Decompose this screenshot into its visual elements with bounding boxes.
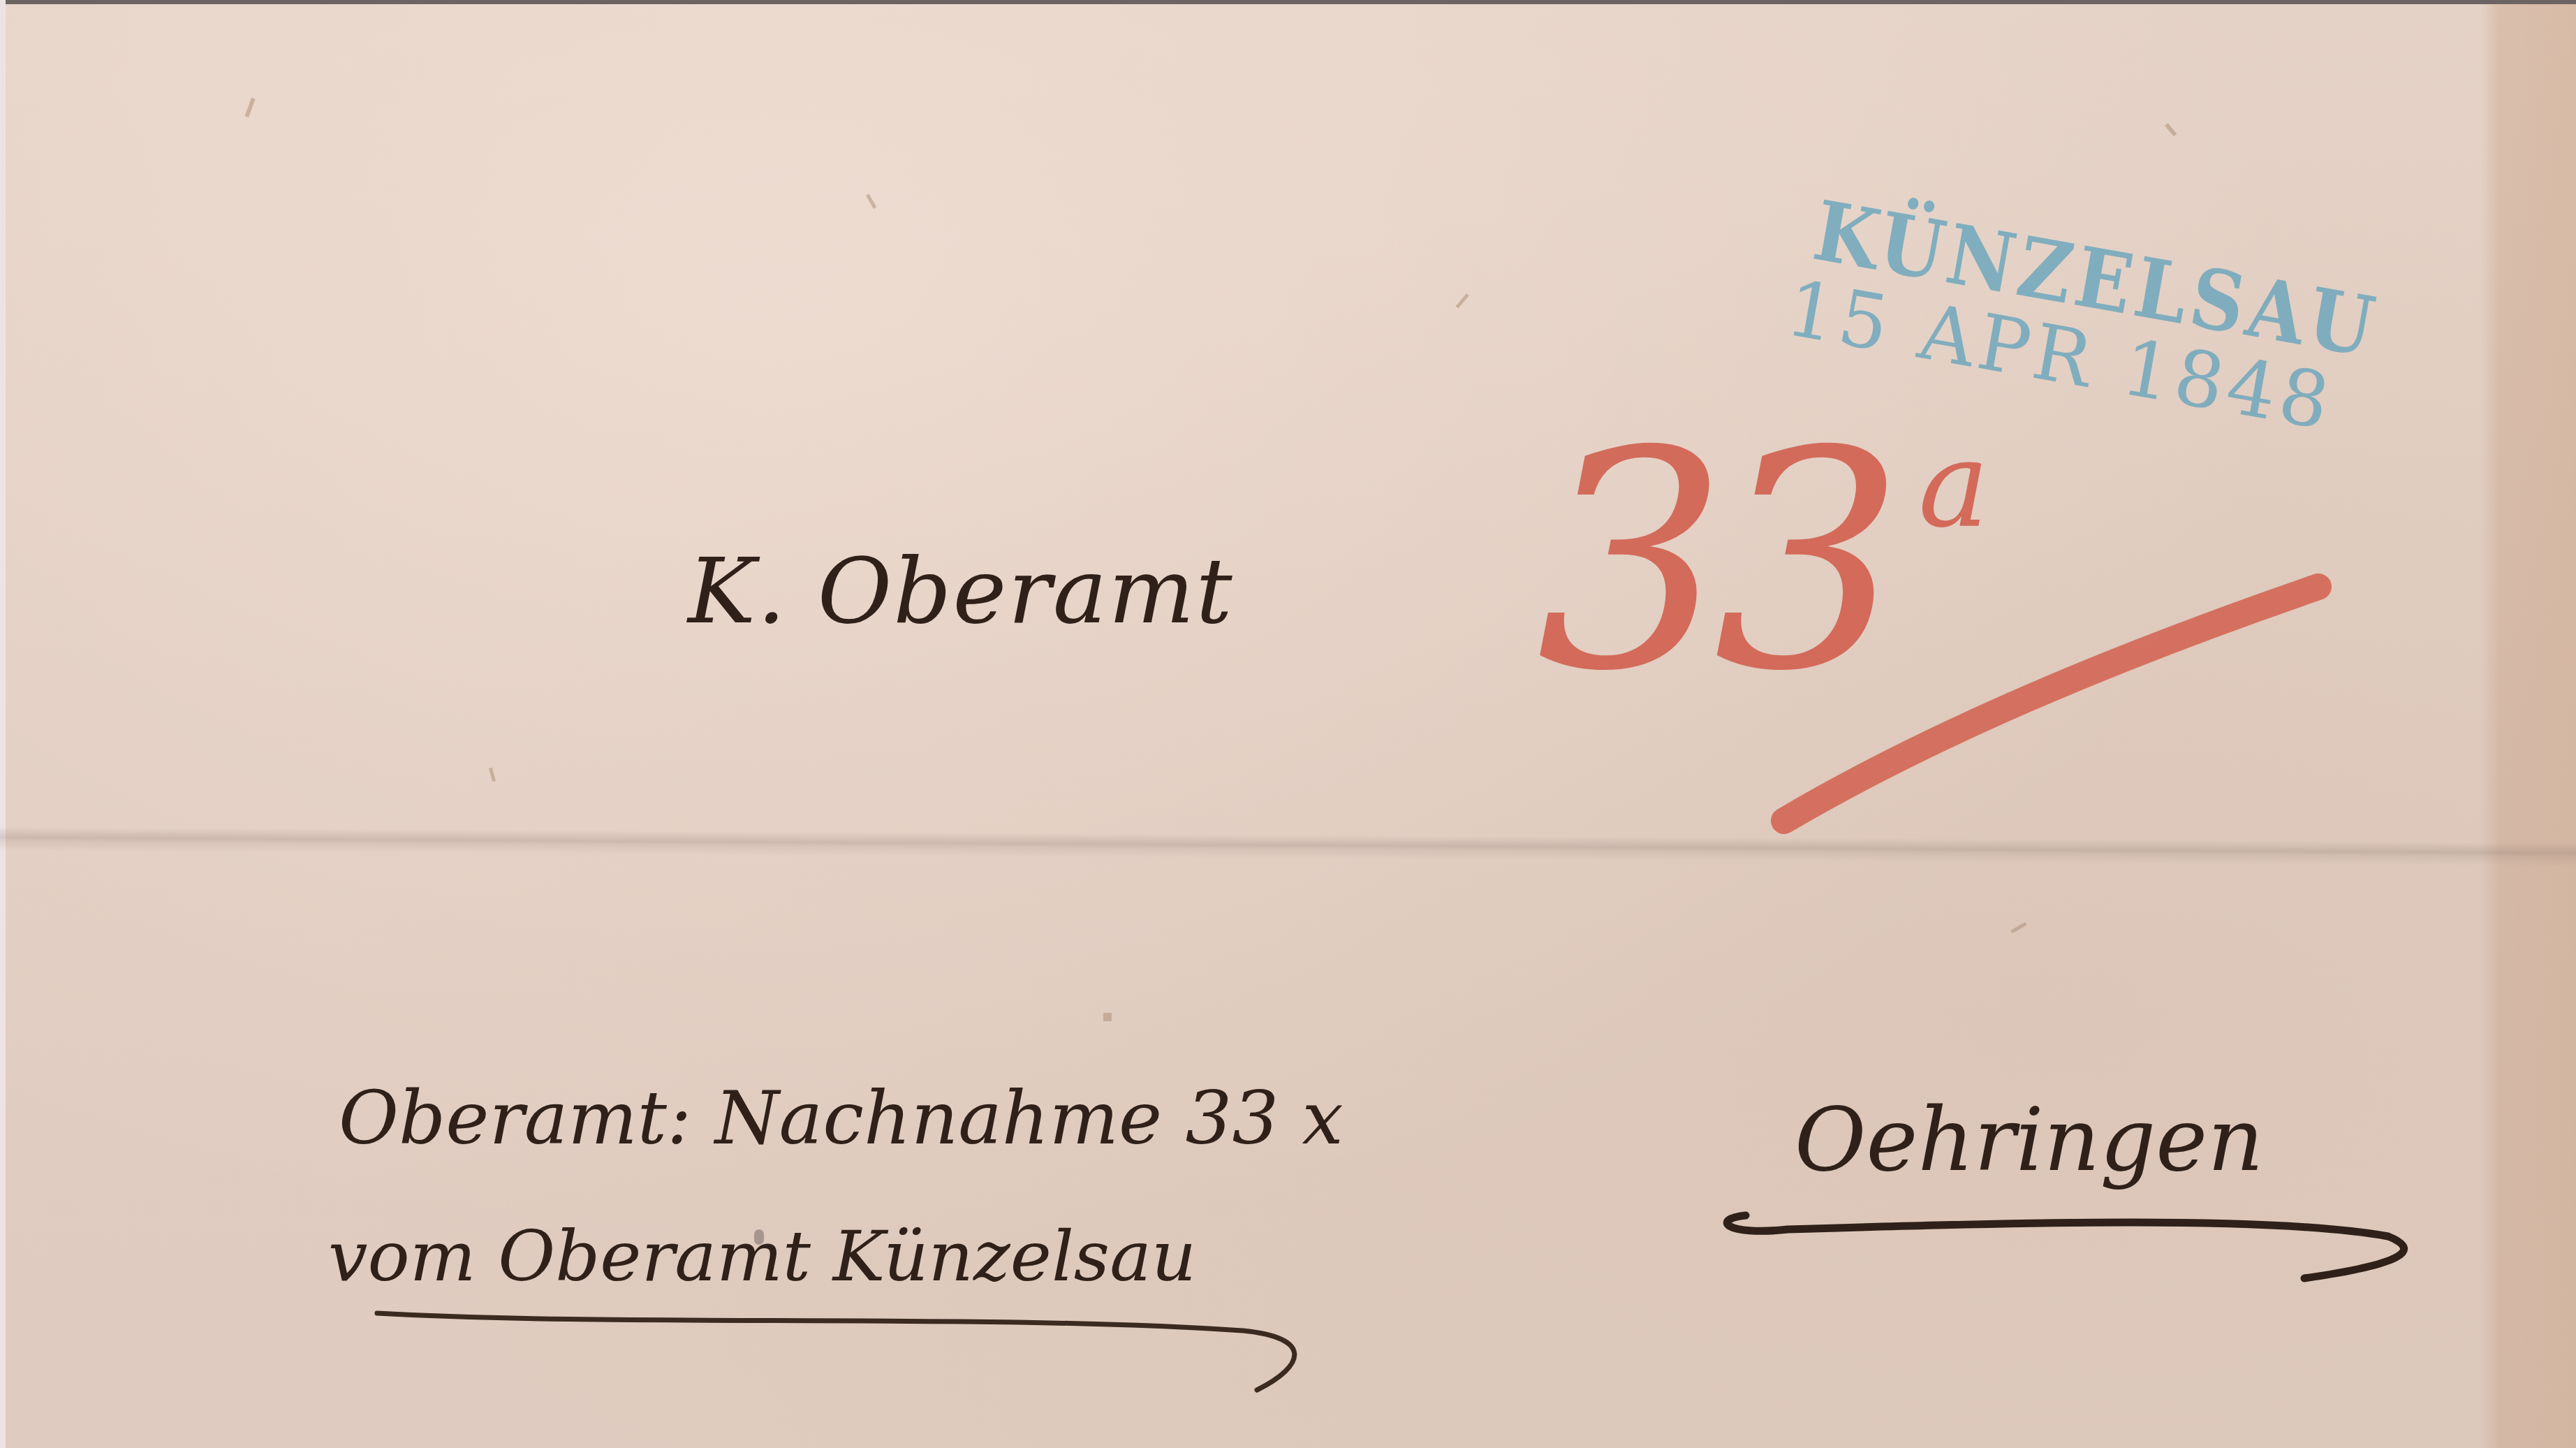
addressee: K. Oberamt <box>688 538 1234 644</box>
postage-value: 33 <box>1536 388 1890 737</box>
notation-line-1: Oberamt: Nachnahme 33 x <box>339 1076 1344 1161</box>
destination: Oehringen <box>1795 1090 2264 1191</box>
destination-underline <box>1727 1215 2404 1278</box>
postmark-day: 15 <box>1780 263 1900 370</box>
notation-underline <box>377 1313 1295 1390</box>
postage-suffix: a <box>1918 416 1989 555</box>
notation-line-2: vom Oberamt Künzelsau <box>328 1215 1196 1297</box>
postage-due-marking: 33a <box>1536 412 1962 712</box>
